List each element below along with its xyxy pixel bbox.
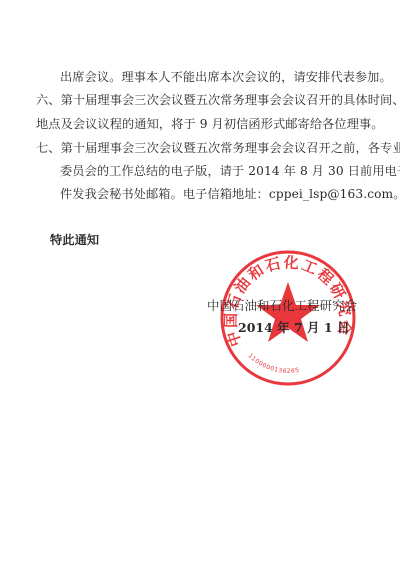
paragraph-5-continuation: 出席会议。理事本人不能出席本次会议的，请安排代表参加。 — [60, 69, 392, 85]
signature-date: 2014 年 7 月 1 日 — [238, 318, 349, 336]
paragraph-7-line-2: 委员会的工作总结的电子版，请于 2014 年 8 月 30 日前用电子邮 — [60, 163, 400, 179]
paragraph-6-line-2: 地点及会议议程的通知，将于 9 月初信函形式邮寄给各位理事。 — [36, 116, 384, 132]
svg-text:1100000136265: 1100000136265 — [247, 352, 301, 374]
seal-serial: 1100000136265 — [247, 352, 301, 374]
signature-organization: 中国石油和石化工程研究会 — [207, 296, 357, 314]
paragraph-7-line-1: 七、第十届理事会三次会议暨五次常务理事会会议召开之前，各专业 — [36, 140, 400, 156]
closing-remark: 特此通知 — [50, 232, 99, 248]
paragraph-7-line-3: 件发我会秘书处邮箱。电子信箱地址：cppei_lsp@163.com。 — [60, 186, 400, 202]
paragraph-6-line-1: 六、第十届理事会三次会议暨五次常务理事会会议召开的具体时间、 — [36, 92, 400, 108]
